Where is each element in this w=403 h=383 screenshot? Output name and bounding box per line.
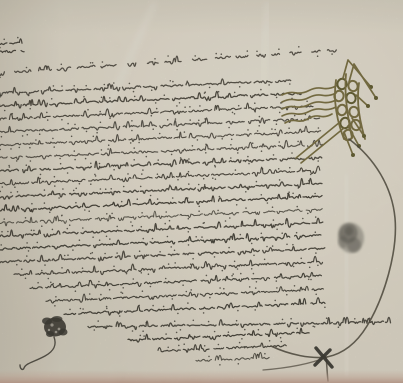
manuscript-photo: [0, 0, 403, 383]
photo-grain: [0, 0, 403, 383]
manuscript-document: [0, 0, 403, 383]
